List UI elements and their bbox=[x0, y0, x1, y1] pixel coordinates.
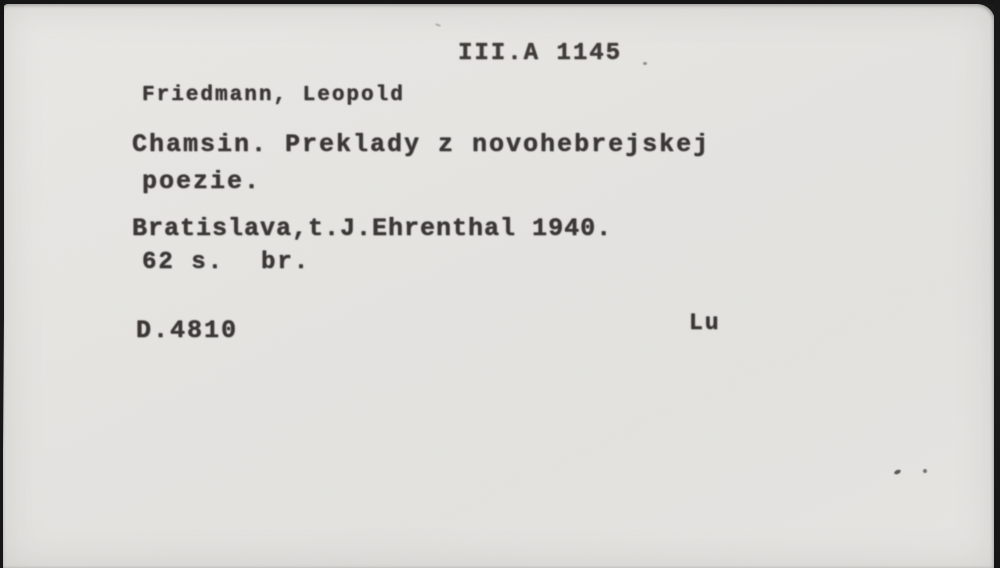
accession-number: D.4810 bbox=[136, 316, 238, 345]
classification-number: III.A 1145 bbox=[458, 40, 622, 67]
catalog-card: III.A 1145 Friedmann, Leopold Chamsin. P… bbox=[3, 4, 995, 568]
cataloguer-initials: Lu bbox=[689, 310, 721, 336]
scan-edge-left bbox=[0, 0, 4, 452]
title-line-2: poezie. bbox=[142, 167, 261, 196]
scanned-catalog-card-image: III.A 1145 Friedmann, Leopold Chamsin. P… bbox=[0, 0, 1000, 568]
binding-note: br. bbox=[261, 249, 310, 276]
imprint-line: Bratislava,t.J.Ehrenthal 1940. bbox=[132, 214, 612, 243]
collation-pages: 62 s. bbox=[142, 249, 224, 276]
author-heading: Friedmann, Leopold bbox=[142, 84, 405, 107]
paper-speck bbox=[923, 469, 927, 473]
scan-edge-right bbox=[994, 0, 1000, 568]
paper-speck bbox=[643, 62, 647, 65]
title-line-1: Chamsin. Preklady z novohebrejskej bbox=[132, 130, 710, 159]
paper-speck bbox=[893, 469, 901, 476]
paper-speck bbox=[435, 23, 441, 27]
